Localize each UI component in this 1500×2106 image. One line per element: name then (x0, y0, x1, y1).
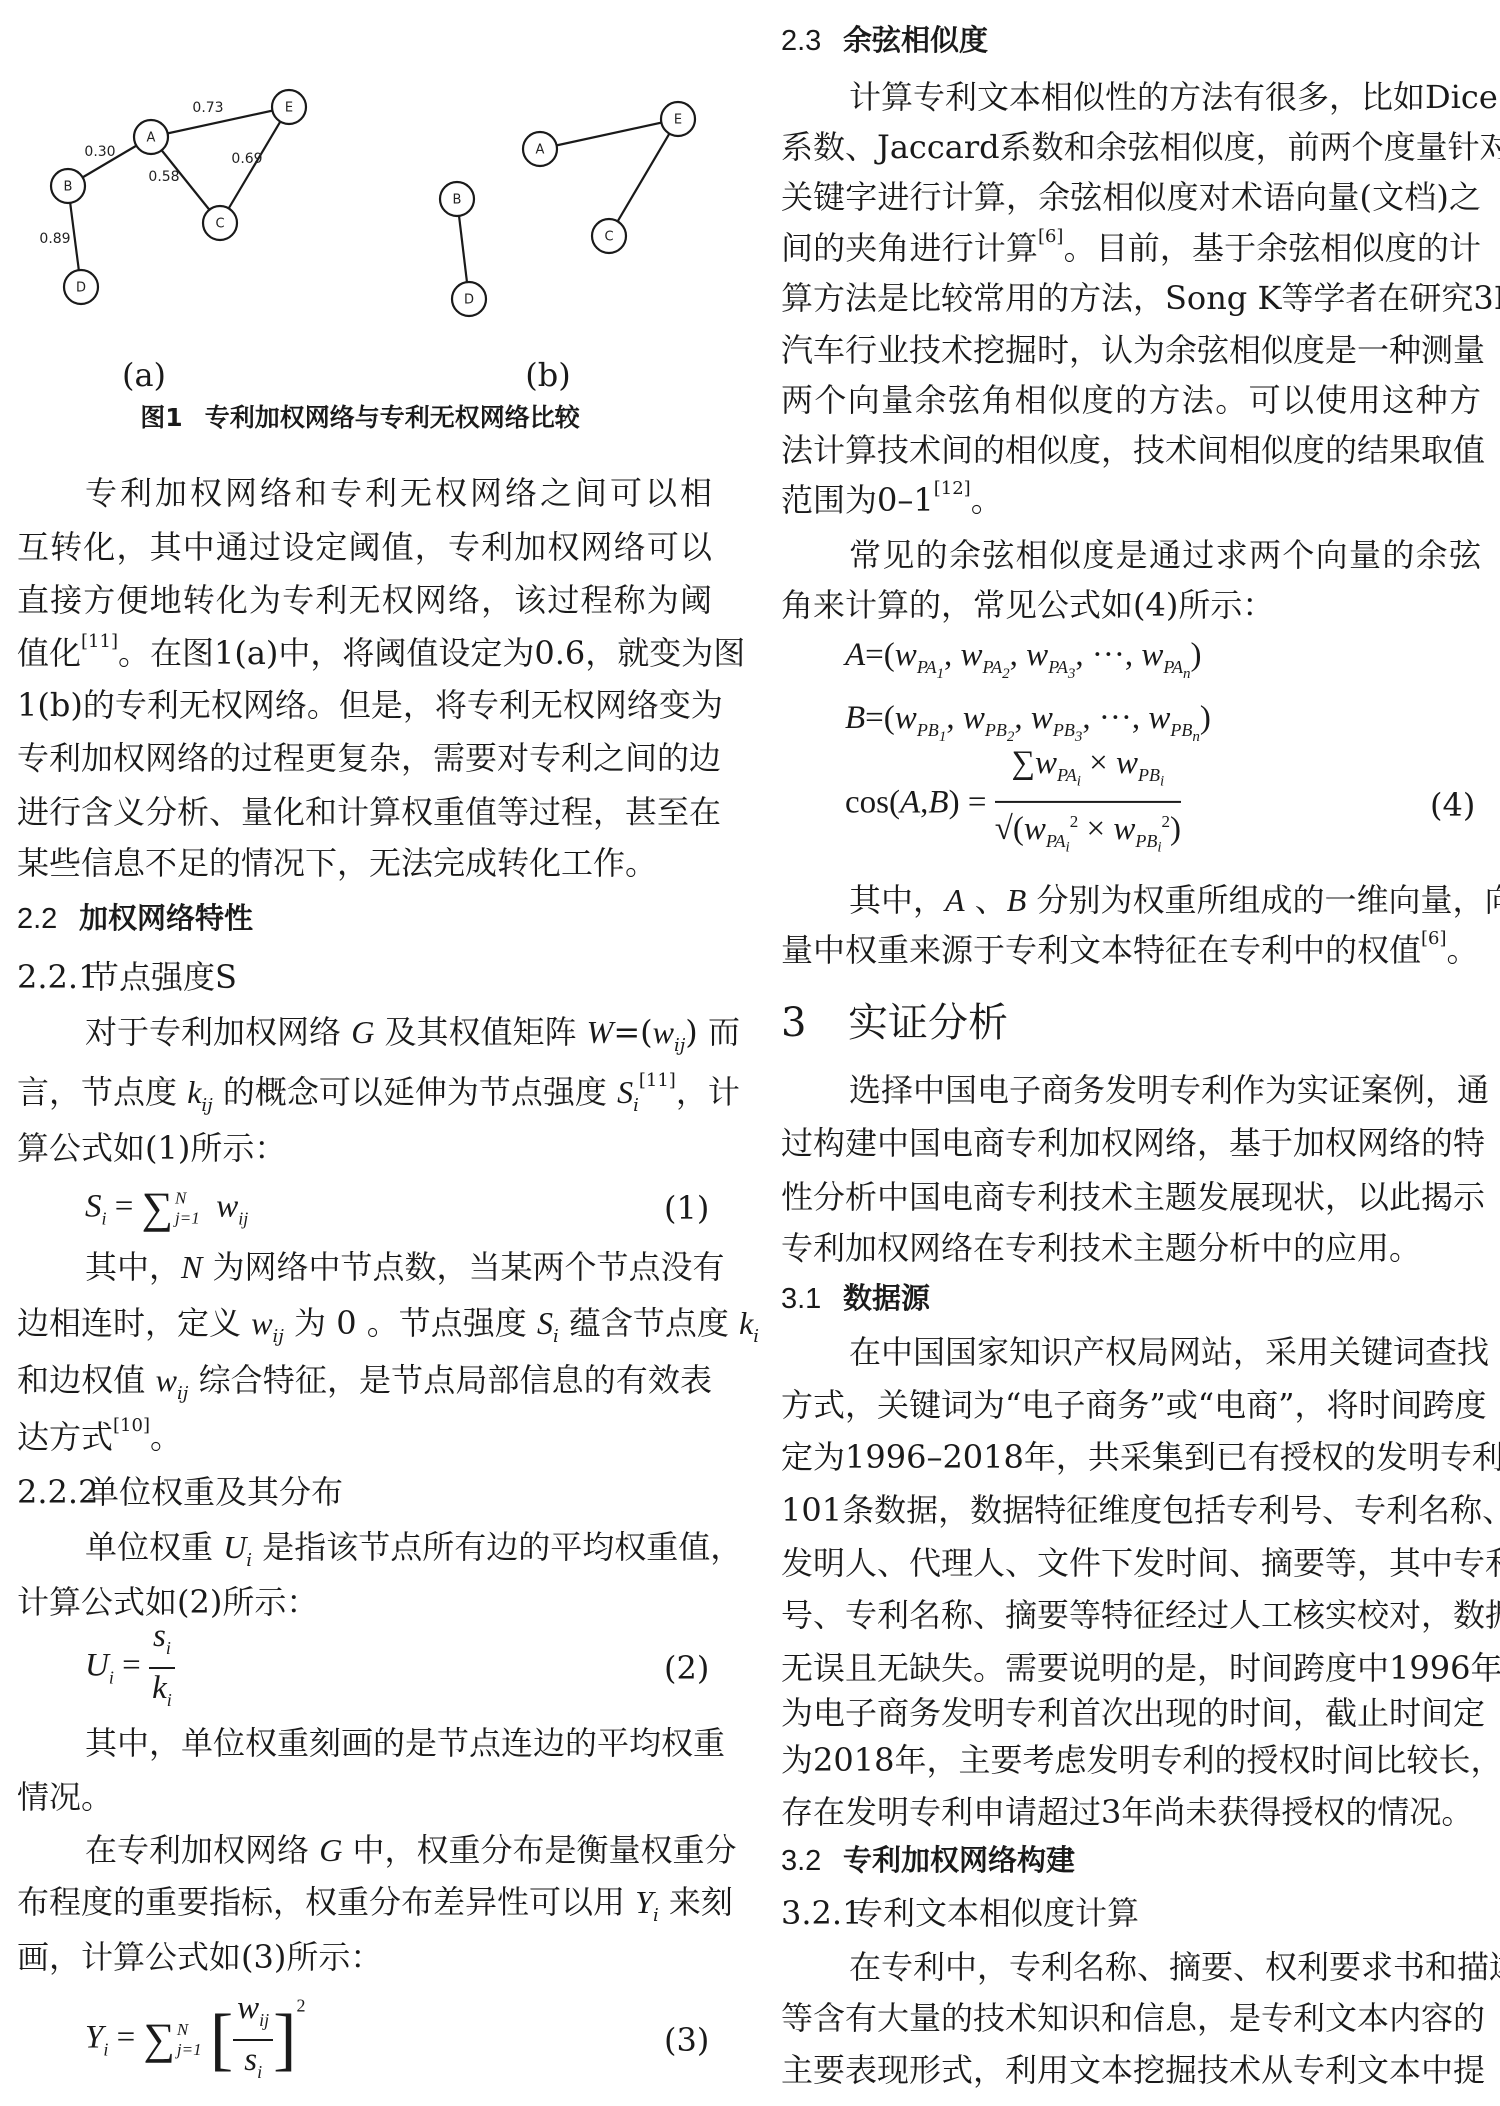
paragraph-line: 1(b)的专利无权网络。但是，将专利无权网络变为 (17, 679, 712, 731)
figure-caption-text: 专利加权网络与专利无权网络比较 (205, 403, 580, 432)
edge-weight-label: 0.89 (39, 231, 70, 247)
section-heading-3-1: 3.1数据源 (781, 1272, 1481, 1324)
paragraph-line: 互转化，其中通过设定阈值，专利加权网络可以 (17, 521, 712, 573)
equation-2: Ui = siki (85, 1617, 175, 1719)
paragraph-line: 系数、Jaccard系数和余弦相似度，前两个度量针对 (781, 121, 1481, 173)
edge-weight-label: 0.69 (231, 151, 262, 167)
paragraph-line: 为2018年，主要考虑发明专利的授权时间比较长， (781, 1734, 1481, 1786)
edge-E-C (609, 119, 678, 236)
node-label: D (464, 293, 474, 308)
paragraph-line: 边相连时，定义 wij 为 0 。节点强度 Si 蕴含节点度 ki (17, 1297, 712, 1349)
paragraph-line: 算公式如(1)所示： (17, 1122, 712, 1174)
paragraph-line: 单位权重 Ui 是指该节点所有边的平均权重值， (17, 1521, 712, 1573)
node-label: A (536, 143, 545, 158)
edge-weight-label: 0.73 (192, 100, 223, 116)
node-label: B (64, 180, 73, 195)
paragraph-line: 和边权值 wij 综合特征，是节点局部信息的有效表 (17, 1354, 712, 1406)
node-label: E (674, 113, 682, 128)
paragraph-line: 方式，关键词为“电子商务”或“电商”，将时间跨度 (781, 1379, 1481, 1431)
edge-A-E (540, 119, 678, 149)
paragraph-line: 在中国国家知识产权局网站，采用关键词查找 (781, 1326, 1481, 1378)
equation-number: (3) (664, 2021, 709, 2059)
node-label: C (215, 217, 224, 232)
equation-1: Si = ∑Nj=1 wij (85, 1183, 248, 1234)
paragraph-line: 布程度的重要指标，权重分布差异性可以用 Yi 来刻 (17, 1876, 712, 1928)
paragraph-line: 算方法是比较常用的方法，Song K等学者在研究3D (781, 272, 1481, 324)
paragraph-line: 直接方便地转化为专利无权网络，该过程称为阈 (17, 574, 712, 626)
equation-4-vector-a: A=(wPA1, wPA2, wPA3, ···, wPAn) (845, 637, 1202, 683)
section-heading-3: 3实证分析 (781, 993, 1481, 1053)
paragraph-line: 间的夹角进行计算[6]。目前，基于余弦相似度的计 (781, 222, 1481, 274)
paragraph-line: 为电子商务发明专利首次出现的时间，截止时间定 (781, 1687, 1481, 1739)
paragraph-line: 言，节点度 kij 的概念可以延伸为节点强度 Si[11]，计 (17, 1066, 712, 1118)
citation: [11] (81, 631, 118, 652)
paragraph-line: 法计算技术间的相似度，技术间相似度的结果取值 (781, 424, 1481, 476)
paragraph-line: 角来计算的，常见公式如(4)所示： (781, 579, 1481, 631)
subfigure-label-a: (a) (122, 356, 166, 394)
figure-1: 0.730.300.580.690.89ABCDEABCDE (a) (b) 图… (0, 0, 740, 440)
subsection-heading-3-2-1: 3.2.1专利文本相似度计算 (781, 1887, 1481, 1939)
paragraph-line: 某些信息不足的情况下，无法完成转化工作。 (17, 837, 712, 889)
equation-4-cosine: cos(A,B) = ∑wPAi × wPBi√(wPAi2 × wPBi2) (845, 744, 1181, 866)
paragraph-line: 情况。 (17, 1771, 712, 1823)
paragraph-line: 常见的余弦相似度是通过求两个向量的余弦 (781, 529, 1481, 581)
equation-number: (4) (1430, 786, 1475, 824)
paragraph-line: 量中权重来源于专利文本特征在专利中的权值[6]。 (781, 924, 1481, 976)
paragraph-line: 主要表现形式，利用文本挖掘技术从专利文本中提 (781, 2044, 1481, 2096)
paragraph-line: 汽车行业技术挖掘时，认为余弦相似度是一种测量 (781, 324, 1481, 376)
paragraph-line: 计算专利文本相似性的方法有很多，比如Dice (781, 71, 1481, 123)
paragraph-line: 专利加权网络和专利无权网络之间可以相 (17, 467, 712, 519)
paragraph-line: 性分析中国电商专利技术主题发展现状，以此揭示 (781, 1171, 1481, 1223)
paragraph-line: 号、专利名称、摘要等特征经过人工核实校对，数据 (781, 1589, 1481, 1641)
paragraph-line: 定为1996–2018年，共采集到已有授权的发明专利 (781, 1431, 1481, 1483)
paragraph-line: 两个向量余弦角相似度的方法。可以使用这种方 (781, 374, 1481, 426)
paragraph-line: 发明人、代理人、文件下发时间、摘要等，其中专利 (781, 1537, 1481, 1589)
paragraph-line: 101条数据，数据特征维度包括专利号、专利名称、 (781, 1484, 1481, 1536)
paragraph-line: 过构建中国电商专利加权网络，基于加权网络的特 (781, 1117, 1481, 1169)
node-label: E (285, 101, 293, 116)
paragraph-line: 其中，单位权重刻画的是节点连边的平均权重 (17, 1717, 712, 1769)
network-graphs: 0.730.300.580.690.89ABCDEABCDE (0, 0, 740, 440)
figure-number: 图1 (140, 403, 182, 432)
equation-number: (1) (664, 1189, 709, 1227)
paragraph-line: 专利加权网络的过程更复杂，需要对专利之间的边 (17, 732, 712, 784)
paragraph-line: 其中，A 、B 分别为权重所组成的一维向量，向 (781, 874, 1481, 926)
paragraph-line: 在专利中，专利名称、摘要、权利要求书和描述 (781, 1941, 1481, 1993)
edge-weight-label: 0.30 (84, 144, 115, 160)
subsection-heading-2-2-1: 2.2.1节点强度S (17, 951, 712, 1003)
paragraph-line: 专利加权网络在专利技术主题分析中的应用。 (781, 1222, 1481, 1274)
node-label: D (76, 281, 86, 296)
paragraph-line: 存在发明专利申请超过3年尚未获得授权的情况。 (781, 1786, 1481, 1838)
paragraph-line: 进行含义分析、量化和计算权重值等过程，甚至在 (17, 786, 712, 838)
section-heading-2-2: 2.2加权网络特性 (17, 892, 712, 944)
section-heading-3-2: 3.2专利加权网络构建 (781, 1834, 1481, 1886)
equation-4-vector-b: B=(wPB1, wPB2, wPB3, ···, wPBn) (845, 700, 1211, 746)
paragraph-line: 范围为0–1[12]。 (781, 474, 1481, 526)
equation-number: (2) (664, 1649, 709, 1687)
paragraph-line: 在专利加权网络 G 中，权重分布是衡量权重分 (17, 1824, 712, 1876)
paragraph-line: 选择中国电子商务发明专利作为实证案例，通 (781, 1064, 1481, 1116)
node-label: B (453, 193, 462, 208)
paragraph-line: 对于专利加权网络 G 及其权值矩阵 W=(wij) 而 (17, 1006, 712, 1058)
paragraph-line: 达方式[10]。 (17, 1411, 712, 1463)
paragraph-line: 画，计算公式如(3)所示： (17, 1931, 712, 1983)
node-label: C (604, 230, 613, 245)
subsection-heading-2-2-2: 2.2.2单位权重及其分布 (17, 1466, 712, 1518)
subfigure-label-b: (b) (525, 356, 570, 394)
equation-3: Yi = ∑Nj=1 [wijsi]2 (85, 1989, 305, 2091)
paragraph-line: 其中，N 为网络中节点数，当某两个节点没有 (17, 1241, 712, 1293)
paragraph-line: 关键字进行计算，余弦相似度对术语向量(文档)之 (781, 171, 1481, 223)
edge-weight-label: 0.58 (148, 169, 179, 185)
paragraph-line: 值化[11]。在图1(a)中，将阈值设定为0.6，就变为图 (17, 627, 712, 679)
paragraph-line: 等含有大量的技术知识和信息，是专利文本内容的 (781, 1992, 1481, 2044)
node-label: A (147, 131, 156, 146)
section-heading-2-3: 2.3余弦相似度 (781, 14, 1481, 66)
figure-caption: 图1专利加权网络与专利无权网络比较 (140, 398, 579, 434)
